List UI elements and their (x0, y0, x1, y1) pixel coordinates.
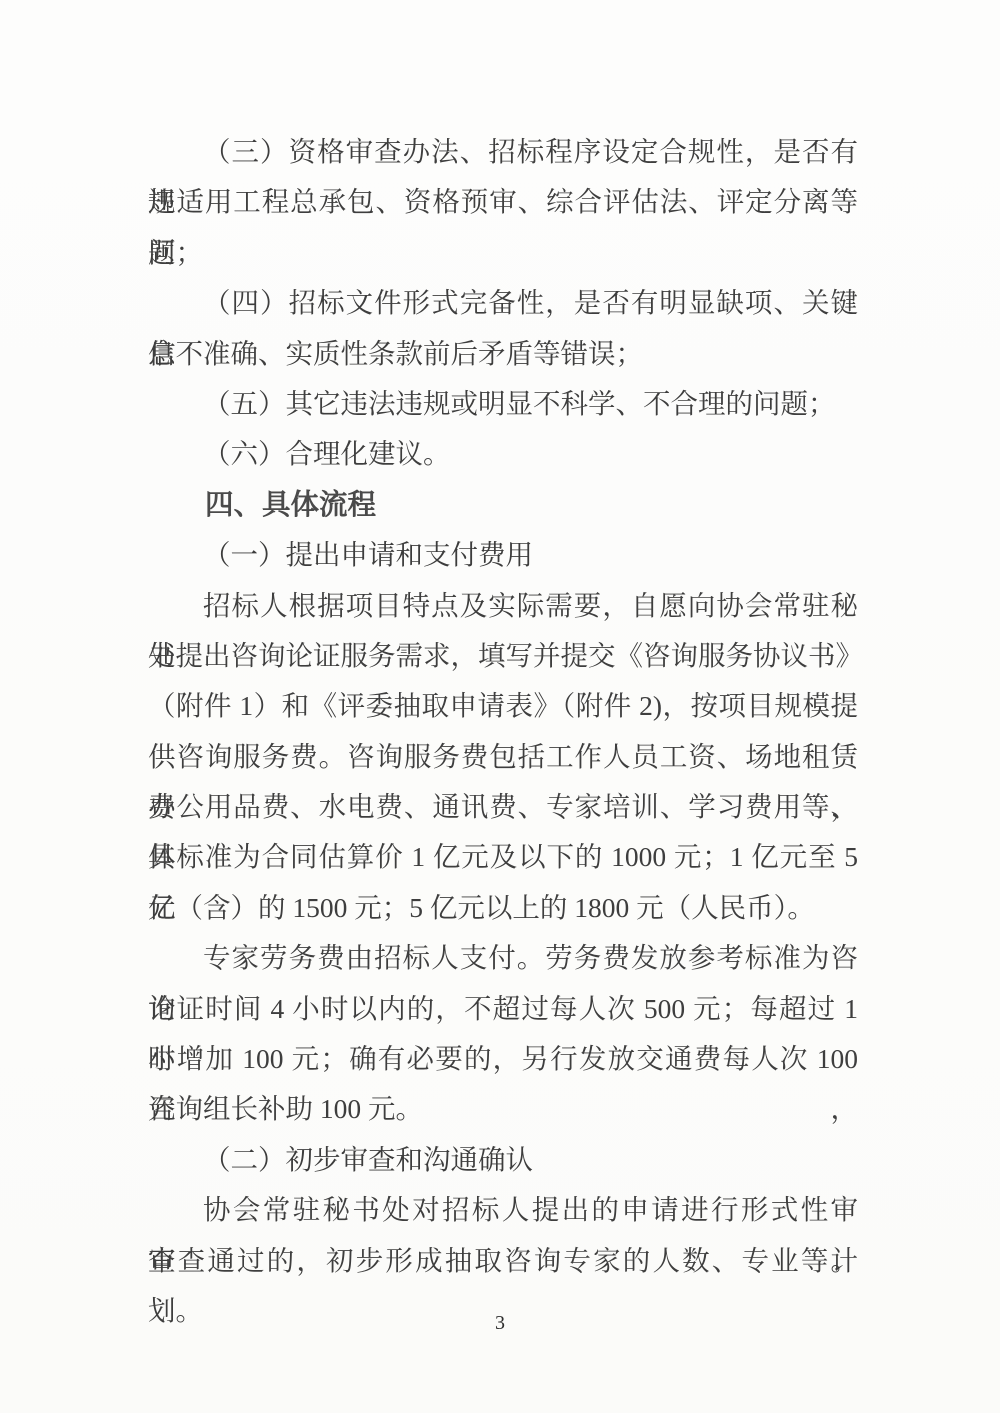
text-line: 协会常驻秘书处对招标人提出的申请进行形式性审查。 (148, 1185, 858, 1235)
text-line: 元（含）的 1500 元；5 亿元以上的 1800 元（人民币）。 (148, 883, 858, 933)
text-line: （三）资格审查办法、招标程序设定合规性，是否有违 (148, 127, 858, 177)
text-line: （一）提出申请和支付费用 (148, 530, 858, 580)
text-line: 办公用品费、水电费、通讯费、专家培训、学习费用等，具 (148, 782, 858, 832)
text-line: 体标准为合同估算价 1 亿元及以下的 1000 元；1 亿元至 5 亿 (148, 832, 858, 882)
text-line: 四、具体流程 (148, 480, 858, 530)
sub-heading: （二）初步审查和沟通确认 (148, 1135, 858, 1185)
text-line: 处提出咨询论证服务需求，填写并提交《咨询服务协议书》 (148, 631, 858, 681)
text-line: 规适用工程总承包、资格预审、综合评估法、评定分离等问 (148, 177, 858, 227)
section-heading: 四、具体流程 (148, 480, 858, 530)
paragraph: （三）资格审查办法、招标程序设定合规性，是否有违规适用工程总承包、资格预审、综合… (148, 127, 858, 278)
page-footer: 3 (0, 1310, 1000, 1336)
document-body: （三）资格审查办法、招标程序设定合规性，是否有违规适用工程总承包、资格预审、综合… (148, 127, 858, 1286)
text-line: （附件 1）和《评委抽取申请表》（附件 2)，按项目规模提 (148, 681, 858, 731)
paragraph: 专家劳务费由招标人支付。劳务费发放参考标准为咨询论证时间 4 小时以内的，不超过… (148, 933, 858, 1135)
text-line: 息不准确、实质性条款前后矛盾等错误； (148, 329, 858, 379)
text-line: 论证时间 4 小时以内的，不超过每人次 500 元；每超过 1 小 (148, 984, 858, 1034)
paragraph: 招标人根据项目特点及实际需要，自愿向协会常驻秘书处提出咨询论证服务需求，填写并提… (148, 581, 858, 934)
page-number: 3 (495, 1312, 505, 1334)
text-line: 审查通过的，初步形成抽取咨询专家的人数、专业等计划。 (148, 1236, 858, 1286)
paragraph: （五）其它违法违规或明显不科学、不合理的问题； (148, 379, 858, 429)
text-line: 专家劳务费由招标人支付。劳务费发放参考标准为咨询 (148, 933, 858, 983)
text-line: 招标人根据项目特点及实际需要，自愿向协会常驻秘书 (148, 581, 858, 631)
text-line: 时增加 100 元；确有必要的，另行发放交通费每人次 100 元， (148, 1034, 858, 1084)
text-line: 供咨询服务费。咨询服务费包括工作人员工资、场地租赁费、 (148, 732, 858, 782)
text-line: （二）初步审查和沟通确认 (148, 1135, 858, 1185)
text-line: 题； (148, 228, 858, 278)
paragraph: （六）合理化建议。 (148, 429, 858, 479)
text-line: （五）其它违法违规或明显不科学、不合理的问题； (148, 379, 858, 429)
paragraph: （四）招标文件形式完备性，是否有明显缺项、关键信息不准确、实质性条款前后矛盾等错… (148, 278, 858, 379)
paragraph: 协会常驻秘书处对招标人提出的申请进行形式性审查。审查通过的，初步形成抽取咨询专家… (148, 1185, 858, 1286)
text-line: （六）合理化建议。 (148, 429, 858, 479)
document-page: （三）资格审查办法、招标程序设定合规性，是否有违规适用工程总承包、资格预审、综合… (0, 0, 1000, 1413)
text-line: （四）招标文件形式完备性，是否有明显缺项、关键信 (148, 278, 858, 328)
sub-heading: （一）提出申请和支付费用 (148, 530, 858, 580)
